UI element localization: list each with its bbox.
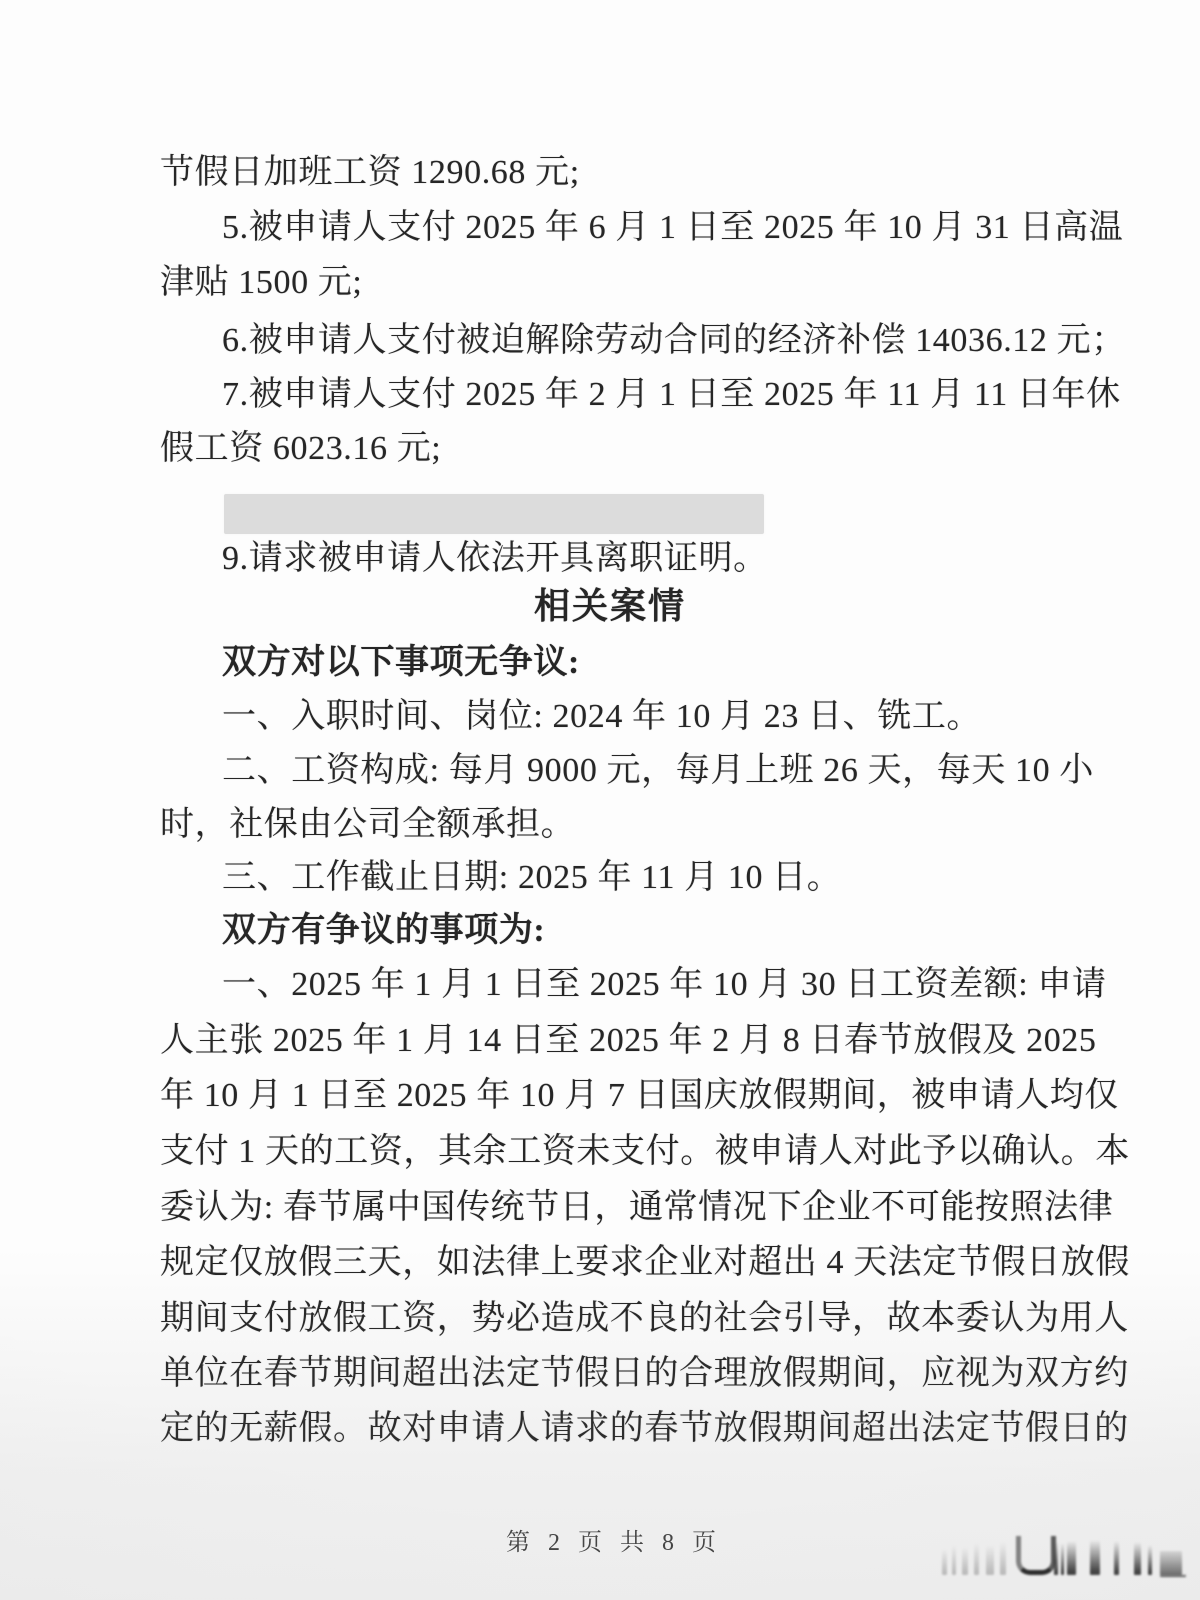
text-line: 一、2025 年 1 月 1 日至 2025 年 10 月 30 日工资差额: …	[222, 962, 1122, 1008]
text-line: 委认为: 春节属中国传统节日，通常情况下企业不可能按照法律	[160, 1185, 1060, 1231]
text-line: 5.被申请人支付 2025 年 6 月 1 日至 2025 年 10 月 31 …	[222, 205, 1122, 251]
text-line: 期间支付放假工资，势必造成不良的社会引导，故本委认为用人	[160, 1296, 1060, 1342]
page-number: 第 2 页 共 8 页	[0, 1522, 1200, 1557]
text-line: 6.被申请人支付被迫解除劳动合同的经济补偿 14036.12 元；	[222, 318, 1122, 364]
text-line: 人主张 2025 年 1 月 14 日至 2025 年 2 月 8 日春节放假及…	[160, 1018, 1060, 1064]
text-line: 假工资 6023.16 元;	[160, 426, 1060, 472]
text-line: 二、工资构成: 每月 9000 元，每月上班 26 天，每天 10 小	[222, 748, 1122, 794]
text-line: 9.请求被申请人依法开具离职证明。	[222, 536, 1122, 582]
text-line: 节假日加班工资 1290.68 元;	[160, 150, 1060, 196]
document-page: 节假日加班工资 1290.68 元; 5.被申请人支付 2025 年 6 月 1…	[0, 0, 1200, 1600]
text-line: 单位在春节期间超出法定节假日的合理放假期间，应视为双方约	[160, 1351, 1060, 1397]
text-line: 一、入职时间、岗位: 2024 年 10 月 23 日、铣工。	[222, 694, 1122, 740]
text-line: 支付 1 天的工资，其余工资未支付。被申请人对此予以确认。本	[160, 1129, 1060, 1175]
text-line: 规定仅放假三天，如法律上要求企业对超出 4 天法定节假日放假	[160, 1240, 1060, 1286]
redaction-bar	[224, 494, 764, 534]
text-line: 津贴 1500 元;	[160, 260, 1060, 306]
section-heading: 相关案情	[160, 583, 1060, 629]
text-line: 时，社保由公司全额承担。	[160, 802, 1060, 848]
subsection-heading: 双方有争议的事项为:	[222, 908, 1122, 954]
text-line: 年 10 月 1 日至 2025 年 10 月 7 日国庆放假期间，被申请人均仅	[160, 1073, 1060, 1119]
subsection-heading: 双方对以下事项无争议:	[222, 640, 1122, 686]
text-line: 7.被申请人支付 2025 年 2 月 1 日至 2025 年 11 月 11 …	[222, 372, 1122, 418]
text-line: 定的无薪假。故对申请人请求的春节放假期间超出法定节假日的	[160, 1406, 1060, 1452]
text-line: 三、工作截止日期: 2025 年 11 月 10 日。	[222, 855, 1122, 901]
